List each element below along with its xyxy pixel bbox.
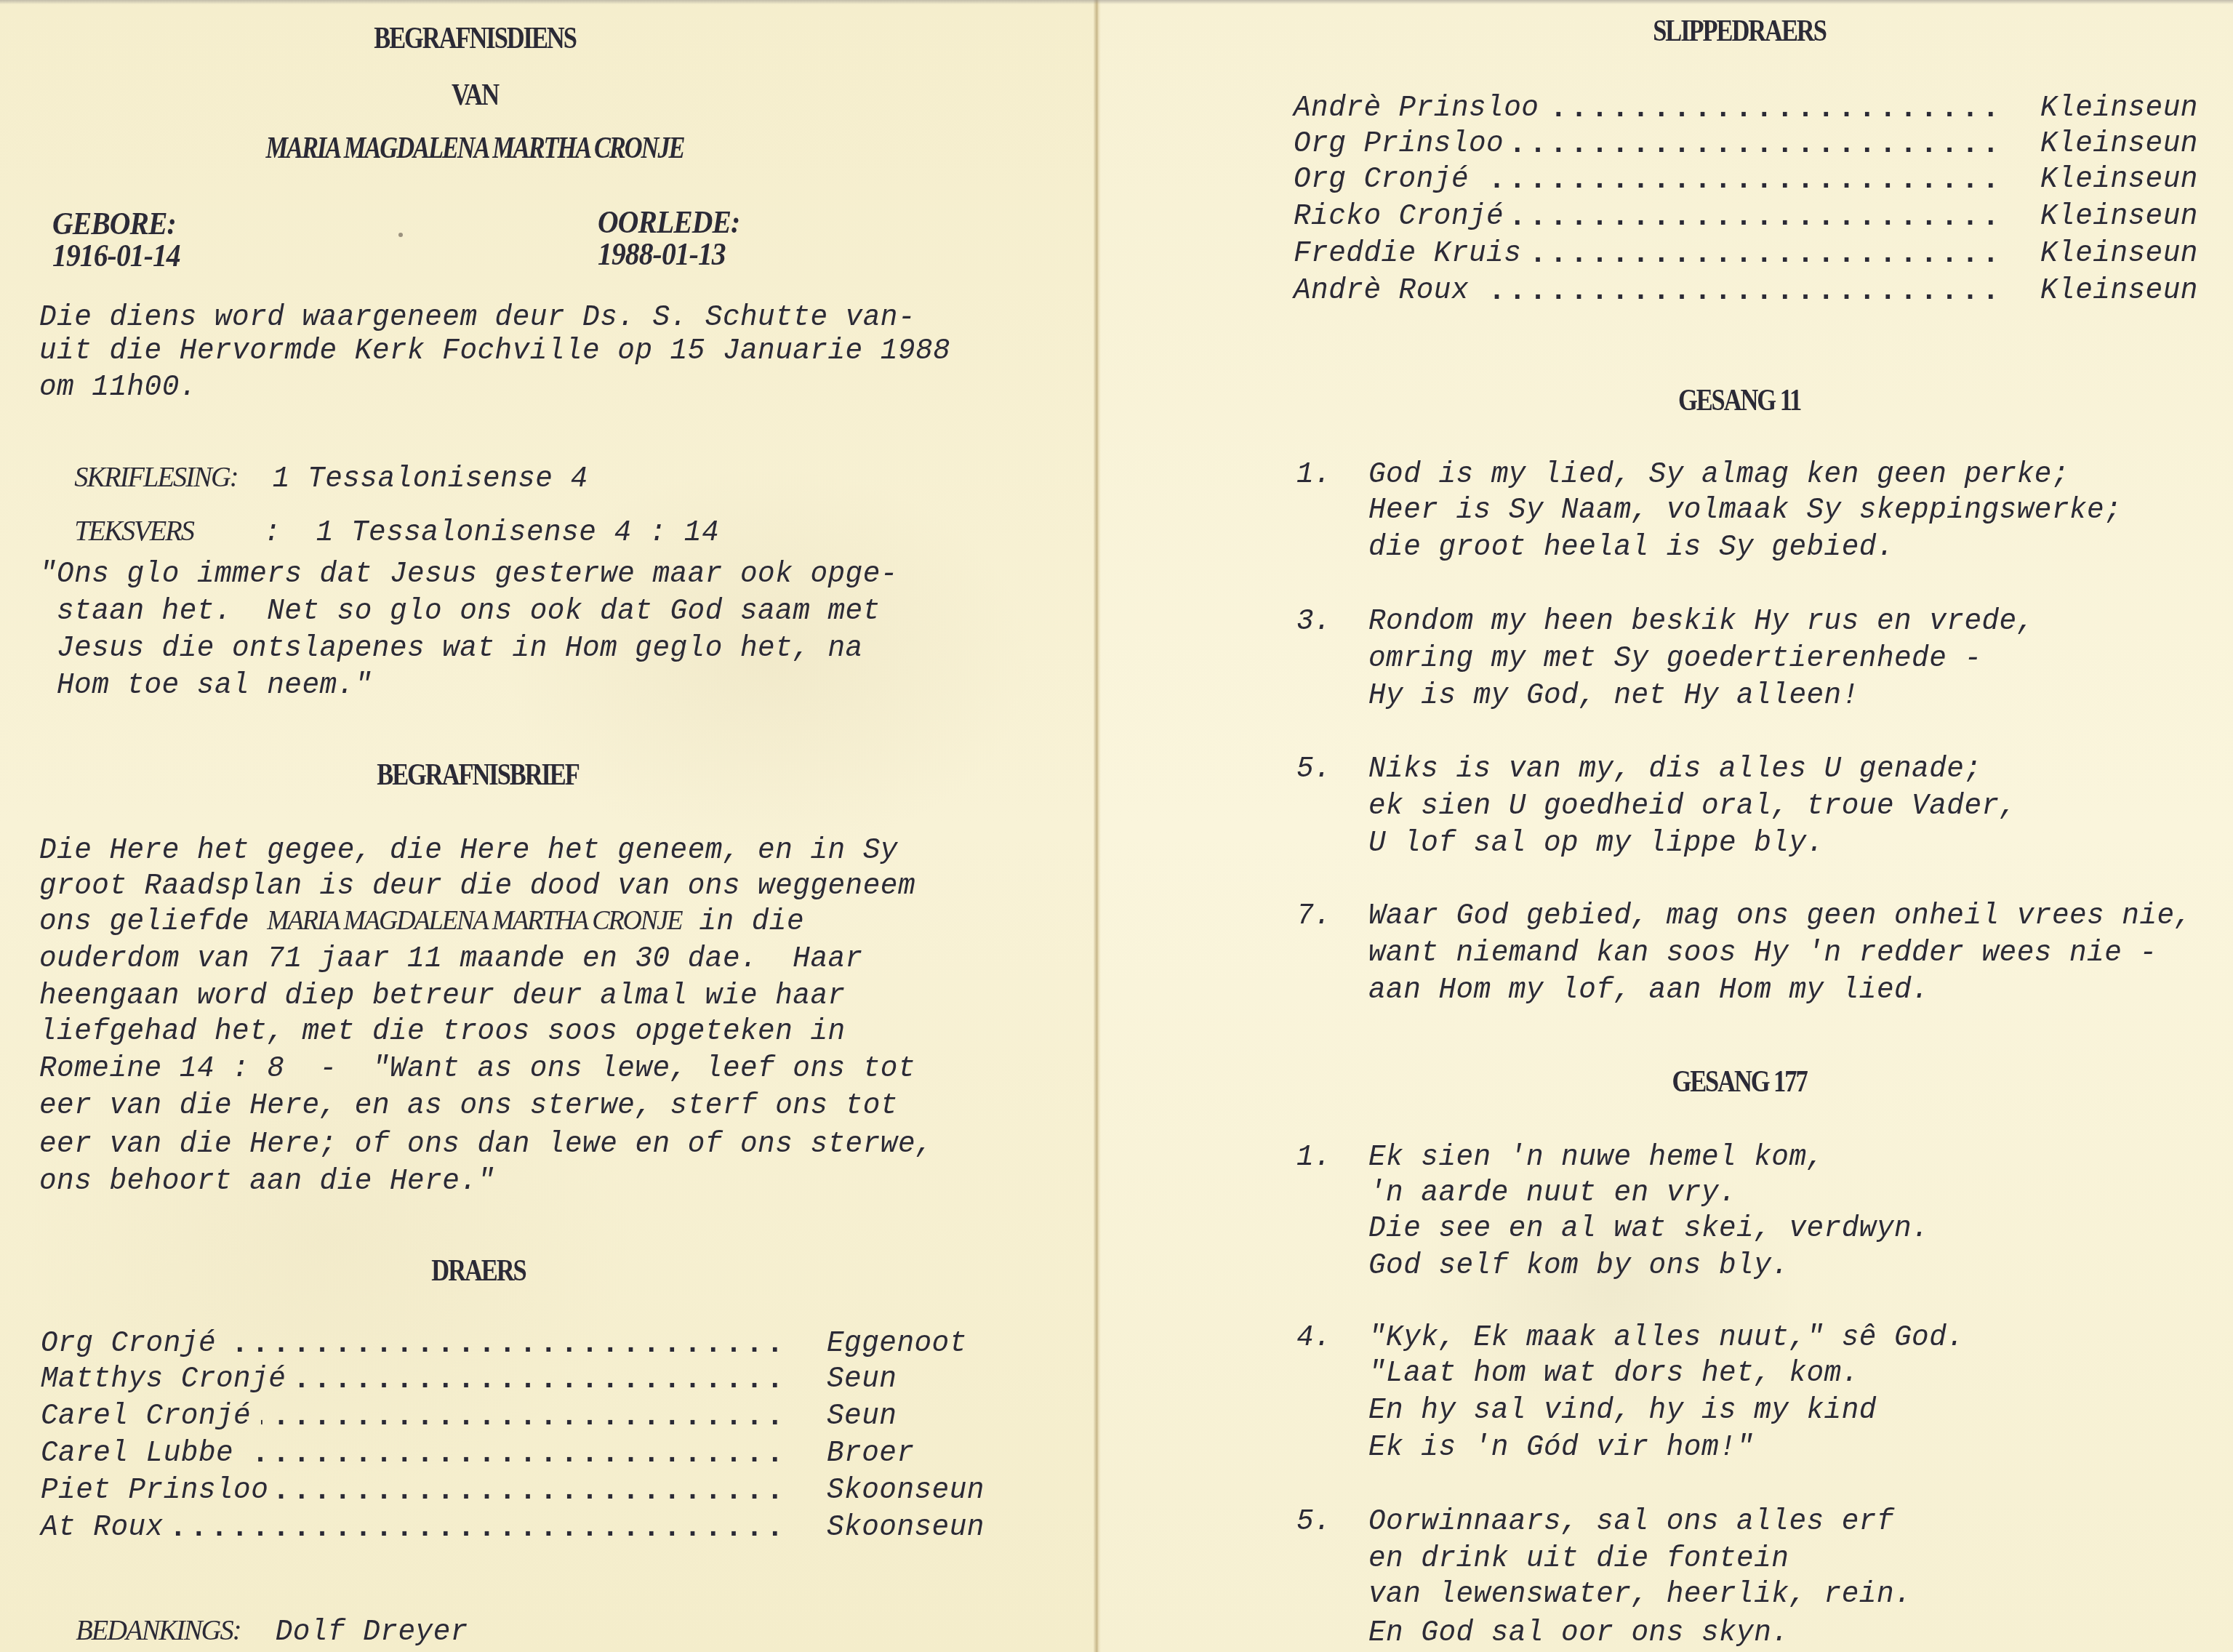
verse-line: Heer is Sy Naam, volmaak Sy skeppingswer… (1368, 496, 2122, 526)
bearer-relation: Seun (827, 1402, 897, 1432)
text-verse-separator: : (263, 516, 281, 550)
pallbearer-relation: Kleinseun (2040, 202, 2198, 232)
text-verse-row: TEKSVERS : 1 Tessalonisense 4 : 14 (39, 486, 719, 548)
funeral-letter-line: ons behoort aan die Here." (39, 1167, 495, 1197)
pallbearer-relation: Kleinseun (2040, 94, 2198, 124)
print-speck (398, 233, 403, 237)
pallbearers-heading: SLIPPEDRAERS (1653, 16, 1826, 47)
text-verse-label: TEKSVERS (74, 514, 193, 547)
verse-line: Waar God gebied, mag ons geen onheil vre… (1368, 902, 2192, 931)
dot-leader: ........................................… (226, 1331, 787, 1360)
quote-line: Jesus die ontslapenes wat in Hom geglo h… (57, 634, 863, 664)
service-paragraph-line: om 11h00. (39, 373, 197, 403)
bearer-name: Piet Prinsloo (41, 1476, 268, 1506)
verse-line: ek sien U goedheid oral, troue Vader, (1368, 792, 2017, 822)
verse-line: omring my met Sy goedertierenhede - (1368, 644, 1981, 674)
verse-line: God is my lied, Sy almag ken geen perke; (1368, 460, 2069, 490)
dot-leader: ........................................… (1514, 131, 2003, 160)
verse-line: Hy is my God, net Hy alleen! (1368, 681, 1859, 711)
bearer-relation: Skoonseun (827, 1513, 985, 1543)
pallbearer-relation: Kleinseun (2040, 129, 2198, 159)
verse-line: van lewenswater, heerlik, rein. (1368, 1580, 1912, 1610)
scripture-reading-row: SKRIFLESING: 1 Tessalonisense 4 (39, 433, 588, 494)
pallbearer-relation: Kleinseun (2040, 239, 2198, 269)
page-fold (1094, 0, 1101, 1652)
funeral-letter-line: eer van die Here; of ons dan lewe en of … (39, 1130, 933, 1160)
pallbearer-relation: Kleinseun (2040, 165, 2198, 195)
bearer-name: Carel Cronjé (41, 1402, 251, 1432)
verse-line: 'n aarde nuut en vry. (1368, 1179, 1736, 1208)
pallbearer-name: Org Prinsloo (1294, 129, 1504, 159)
service-paragraph-line: uit die Hervormde Kerk Fochville op 15 J… (39, 337, 950, 366)
dot-leader: ........................................… (1531, 241, 2003, 270)
verse-line: Ek sien 'n nuwe hemel kom, (1368, 1143, 1824, 1173)
dot-leader: ........................................… (1479, 167, 2003, 196)
verse-line: want niemand kan soos Hy 'n redder wees … (1368, 939, 2157, 969)
service-paragraph-line: Die diens word waargeneem deur Ds. S. Sc… (39, 303, 915, 333)
bearer-name: At Roux (41, 1513, 164, 1543)
bearer-relation: Seun (827, 1365, 897, 1395)
verse-line: "Kyk, Ek maak alles nuut," sê God. (1368, 1323, 1964, 1353)
born-row: GEBORE: 1916-01-14 (39, 176, 180, 272)
verse-line: Die see en al wat skei, verdwyn. (1368, 1214, 1929, 1244)
deceased-name: MARIA MAGDALENA MARTHA CRONJE (265, 133, 683, 164)
verse-line: U lof sal op my lippe bly. (1368, 829, 1824, 859)
dot-leader: ........................................… (1549, 95, 2003, 124)
verse-line: "Laat hom wat dors het, kom. (1368, 1359, 1859, 1389)
funeral-letter-line: eer van die Here, en as ons sterwe, ster… (39, 1091, 898, 1121)
verse-line: Rondom my heen beskik Hy rus en vrede, (1368, 607, 2034, 637)
bearer-relation: Broer (827, 1439, 915, 1469)
text-verse: 1 Tessalonisense 4 : 14 (316, 516, 719, 550)
pallbearer-name: Org Cronjé (1294, 165, 1469, 195)
dot-leader: ........................................… (1514, 204, 2003, 233)
verse-line: En God sal oor ons skyn. (1368, 1619, 1789, 1648)
pallbearer-name: Ricko Cronjé (1294, 202, 1504, 232)
verse-line: en drink uit die fontein (1368, 1544, 1789, 1574)
paper-top-edge (0, 0, 2233, 4)
verse-number: 5. (1296, 755, 1331, 785)
dot-leader: ........................................… (174, 1515, 787, 1544)
pallbearer-name: Andrè Roux (1294, 276, 1469, 306)
verse-number: 1. (1296, 1143, 1331, 1173)
quote-line: Hom toe sal neem." (57, 671, 372, 701)
dot-leader: ........................................… (296, 1366, 787, 1395)
dot-leader: ........................................… (278, 1477, 787, 1507)
hymn-heading: GESANG 11 (1678, 385, 1800, 416)
thanks-label: BEDANKINGS: (76, 1613, 240, 1646)
service-title: BEGRAFNISDIENS (374, 23, 576, 54)
thanks-name: Dolf Dreyer (276, 1616, 468, 1649)
verse-line: Ek is 'n Gód vir hom!" (1368, 1433, 1754, 1463)
hymn-heading: GESANG 177 (1672, 1067, 1806, 1097)
verse-line: God self kom by ons bly. (1368, 1251, 1789, 1281)
funeral-letter-line: heengaan word diep betreur deur almal wi… (39, 982, 846, 1011)
bearer-relation: Eggenoot (827, 1329, 967, 1359)
bearer-name: Org Cronjé (41, 1329, 216, 1359)
deceased-name-inline: MARIA MAGDALENA MARTHA CRONJE (267, 905, 681, 936)
service-title-van: VAN (452, 80, 498, 111)
verse-line: En hy sal vind, hy is my kind (1368, 1396, 1877, 1426)
verse-line: Niks is van my, dis alles U genade; (1368, 755, 1981, 785)
verse-number: 7. (1296, 902, 1331, 931)
pallbearer-relation: Kleinseun (2040, 276, 2198, 306)
verse-line: Oorwinnaars, sal ons alles erf (1368, 1507, 1894, 1537)
born-date: 1916-01-14 (52, 238, 180, 273)
funeral-letter-line: Die Here het gegee, die Here het geneem,… (39, 836, 898, 866)
pallbearer-name: Andrè Prinsloo (1294, 94, 1539, 124)
verse-number: 4. (1296, 1323, 1331, 1353)
died-date: 1988-01-13 (598, 236, 726, 272)
verse-line: die groot heelal is Sy gebied. (1368, 533, 1894, 563)
funeral-letter-line: liefgehad het, met die troos soos opgete… (39, 1017, 846, 1047)
funeral-letter-line: ons geliefde MARIA MAGDALENA MARTHA CRON… (39, 907, 804, 937)
funeral-letter-line: ouderdom van 71 jaar 11 maande en 30 dae… (39, 945, 863, 974)
verse-line: aan Hom my lof, aan Hom my lied. (1368, 976, 1929, 1006)
quote-line: staan het. Net so glo ons ook dat God sa… (57, 597, 881, 627)
dot-leader: ........................................… (244, 1440, 787, 1469)
funeral-letter-line: Romeine 14 : 8 - "Want as ons lewe, leef… (39, 1054, 915, 1084)
verse-number: 3. (1296, 607, 1331, 637)
bearer-relation: Skoonseun (827, 1476, 985, 1506)
born-label: GEBORE: (52, 206, 176, 241)
funeral-letter-heading: BEGRAFNISBRIEF (377, 760, 578, 790)
died-row: OORLEDE: 1988-01-13 (585, 175, 739, 270)
funeral-letter-line: groot Raadsplan is deur die dood van ons… (39, 872, 915, 902)
quote-line: "Ons glo immers dat Jesus gesterwe maar … (39, 560, 898, 590)
bearers-heading: DRAERS (431, 1256, 525, 1286)
thanks-row: BEDANKINGS: Dolf Dreyer (41, 1586, 468, 1648)
dot-leader: ........................................… (261, 1403, 787, 1432)
pallbearer-name: Freddie Kruis (1294, 239, 1521, 269)
verse-number: 5. (1296, 1507, 1331, 1537)
bearer-name: Carel Lubbe (41, 1439, 233, 1469)
verse-number: 1. (1296, 460, 1331, 490)
bearer-name: Matthys Cronjé (41, 1365, 286, 1395)
died-label: OORLEDE: (598, 204, 739, 240)
dot-leader: ........................................… (1479, 278, 2003, 307)
